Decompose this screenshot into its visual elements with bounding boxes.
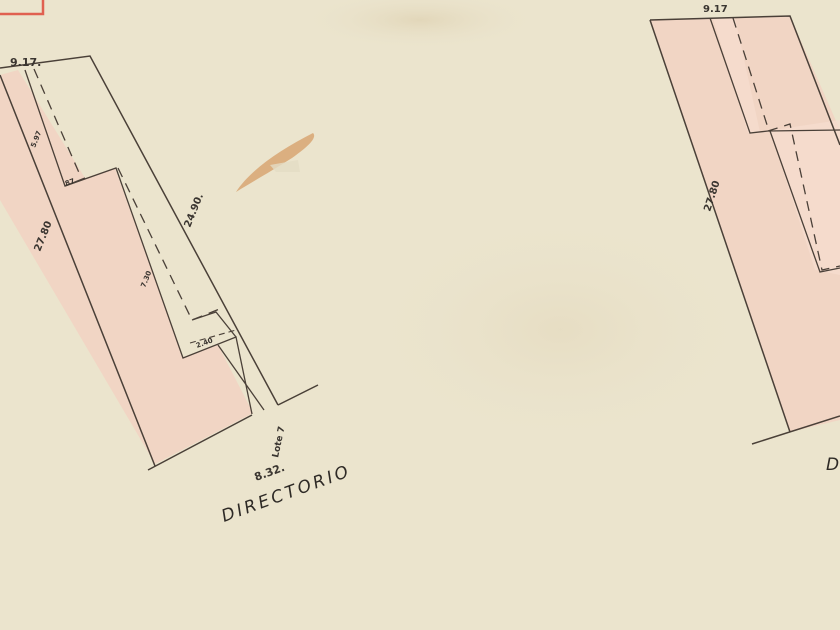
right-front-width-label: 9.17 (703, 4, 728, 15)
plan-sheet: 9.17. 27.80 24.90. 5.97 87 7.30 2.40 8.3… (0, 0, 840, 630)
right-street-initial: D (826, 455, 840, 475)
left-front-width-label: 9.17. (10, 56, 41, 69)
plan-drawing: 9.17. 27.80 24.90. 5.97 87 7.30 2.40 8.3… (0, 0, 840, 630)
